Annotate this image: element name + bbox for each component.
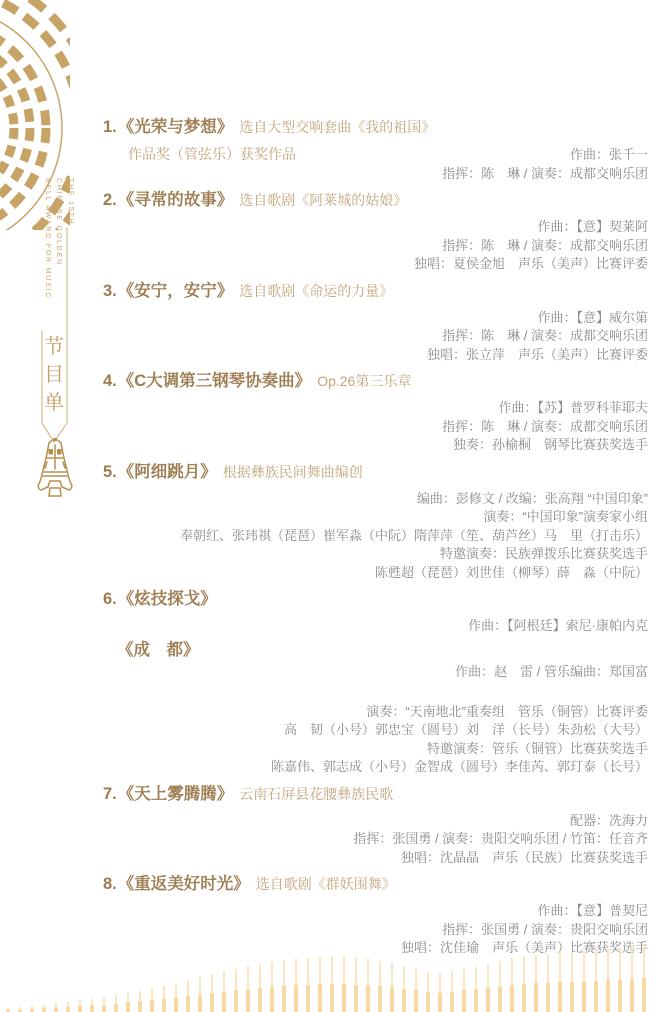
item-title: 《阿细跳月》 [118,463,217,481]
wave-bar [270,987,275,1012]
wave-bar [534,983,539,1012]
wave-line [271,962,273,1012]
credit-line: 陈甦超（琵琶）刘世佳（柳琴）薛 淼（中阮） [103,564,648,583]
credit-line: 配器：冼海力 [103,812,648,831]
item-title-row: 8.《重返美好时光》选自歌剧《群妖围舞》 [103,874,648,895]
wave-line [235,969,237,1012]
wave-bar [378,986,383,1012]
note-credit-row: 作品奖（管弦乐）获奖作品作曲：张千一 [103,145,648,165]
wave-bar [162,999,167,1012]
credit-line: 指挥：张国勇 / 演奏：贵阳交响乐团 / 竹笛：任音齐 [103,830,648,849]
program-item: 8.《重返美好时光》选自歌剧《群妖围舞》作曲：【意】普契尼指挥：张国勇 / 演奏… [103,874,648,958]
wave-bar [150,1000,155,1012]
credit-line: 作曲：【阿根廷】索尼·康帕内克 [103,617,648,636]
credit-line: 演奏：“天南地北”重奏组 管乐（铜管）比赛评委 [103,703,648,722]
wave-line [295,959,297,1012]
program-title-char: 单 [43,390,65,414]
item-number: 2. [103,191,117,209]
wave-bar [402,989,407,1012]
wave-line [175,983,177,1012]
program-item: 1.《光荣与梦想》选自大型交响套曲《我的祖国》作品奖（管弦乐）获奖作品作曲：张千… [103,117,648,183]
item-number: 5. [103,463,117,481]
item-title-row: 4.《C大调第三钢琴协奏曲》Op.26第三乐章 [103,371,648,392]
credit-line: 作曲：【意】普契尼 [103,902,648,921]
wave-line [211,974,213,1012]
wave-line [283,960,285,1012]
wave-line [115,995,117,1012]
wave-bar [126,1002,131,1012]
item-title-row: 5.《阿细跳月》根据彝族民间舞曲编创 [103,462,648,483]
wave-bar [198,995,203,1012]
wave-line [355,957,357,1012]
item-title: 《天上雾腾腾》 [118,785,234,803]
item-subtitle: 选自大型交响套曲《我的祖国》 [239,119,435,135]
wave-bar [174,998,179,1012]
item-title: 《C大调第三钢琴协奏曲》 [118,372,311,390]
program-item: 3.《安宁，安宁》选自歌剧《命运的力量》作曲：【意】威尔第指挥：陈 琳 / 演奏… [103,281,648,365]
wave-line [187,980,189,1012]
item-title: 《炫技探戈》 [118,590,217,608]
wave-bar [282,986,287,1012]
wave-bar [606,980,611,1012]
wave-bar [462,990,467,1012]
program-title-vertical: 节 目 单 [43,334,65,418]
credit-line: 作曲：张千一 [570,146,648,165]
item-subtitle: 根据彝族民间舞曲编创 [223,464,363,480]
wave-bar [618,980,623,1012]
wave-bar [426,992,431,1012]
wave-bar [582,981,587,1012]
wave-line [43,1005,45,1012]
wave-bar [210,993,215,1012]
wave-bar [258,988,263,1012]
credit-line: 编曲：彭修文 / 改编：张高翔 “中国印象” [103,490,648,509]
wave-line [415,969,417,1012]
wave-bar [318,984,323,1012]
wave-line [307,958,309,1012]
credit-line: 作曲：【苏】普罗科菲耶夫 [103,399,648,418]
wave-bar [522,984,527,1012]
program-page: THE 15TH CHINESE GOLDEN BELL AWARD FOR M… [0,0,660,1012]
wave-line [19,1007,21,1012]
wave-line [163,986,165,1012]
wave-line [511,958,513,1012]
wave-line [403,966,405,1012]
wave-bar [54,1008,59,1012]
wave-bar [138,1001,143,1012]
credit-line: 指挥：陈 琳 / 演奏：成都交响乐团 [103,327,648,346]
wave-bar [546,983,551,1012]
item-number: 8. [103,875,117,893]
wave-line [79,1000,81,1012]
wave-bar [510,985,515,1012]
wave-line [127,993,129,1012]
credit-line: 独唱：夏侯金旭 声乐（美声）比赛评委 [103,255,648,274]
wave-bar [474,989,479,1012]
wave-line [475,967,477,1012]
wave-line [319,957,321,1012]
wave-bar [366,985,371,1012]
credit-line: 作曲：赵 雷 / 管乐编曲：郑国富 [103,663,648,682]
wave-bar [414,990,419,1012]
wave-line [31,1006,33,1012]
item-title: 《安宁，安宁》 [118,282,234,300]
item-title: 《重返美好时光》 [118,875,250,893]
wave-line [91,999,93,1012]
credit-line: 独奏：孙榆桐 钢琴比赛获奖选手 [103,436,648,455]
wave-line [391,963,393,1012]
wave-line [55,1003,57,1012]
item-title-row: 1.《光荣与梦想》选自大型交响套曲《我的祖国》 [103,117,648,138]
wave-bar [570,982,575,1012]
credit-line: 特邀演奏：管乐（铜管）比赛获奖选手 [103,740,648,759]
wave-bar [78,1006,83,1012]
credit-line: 指挥：陈 琳 / 演奏：成都交响乐团 [103,237,648,256]
item-title: 《寻常的故事》 [118,191,234,209]
wave-bar [234,990,239,1012]
wave-bar [558,982,563,1012]
item-title-row: 3.《安宁，安宁》选自歌剧《命运的力量》 [103,281,648,302]
wave-bar [342,984,347,1012]
credit-line: 高 韧（小号）郭忠宝（圆号）刘 洋（长号）朱劲松（大号） [103,721,648,740]
wave-bar [498,987,503,1012]
wave-line [7,1008,9,1012]
item-subtitle: 云南石屏县花腰彝族民歌 [239,786,393,802]
credit-line: 奉朝红、张玮祺（琵琶）崔军淼（中阮）隋萍萍（笙、葫芦丝）马 里（打击乐） [103,527,648,546]
wave-bar [390,987,395,1012]
wave-line [427,972,429,1012]
wave-bar [66,1007,71,1012]
wave-line [379,961,381,1012]
item-title: 《光荣与梦想》 [118,118,234,136]
wave-bar [42,1008,47,1012]
wave-line [199,977,201,1012]
credit-line: 指挥：陈 琳 / 演奏：成都交响乐团 [103,165,648,184]
wave-line [223,971,225,1012]
wave-bar [630,979,635,1012]
credit-line: 独唱：沈佳瑜 声乐（美声）比赛获奖选手 [103,939,648,958]
golden-bell-logo-icon [36,436,74,498]
wave-bar [102,1005,107,1012]
wave-line [259,964,261,1012]
wave-bar [354,985,359,1012]
wave-bar [294,985,299,1012]
credit-line: 特邀演奏：民族弹拨乐比赛获奖选手 [103,545,648,564]
wave-bar [90,1005,95,1012]
program-item: 4.《C大调第三钢琴协奏曲》Op.26第三乐章作曲：【苏】普罗科菲耶夫指挥：陈 … [103,371,648,455]
wave-bar [246,989,251,1012]
wave-line [463,969,465,1012]
wave-line [247,966,249,1012]
program-item: 6.《炫技探戈》作曲：【阿根廷】索尼·康帕内克《成 都》作曲：赵 雷 / 管乐编… [103,589,648,777]
item-subtitle: 选自歌剧《群妖围舞》 [256,876,396,892]
program-item: 2.《寻常的故事》选自歌剧《阿莱城的姑娘》作曲：【意】契莱阿指挥：陈 琳 / 演… [103,190,648,274]
wave-line [499,961,501,1012]
item-number: 4. [103,372,117,390]
spacer [103,682,648,703]
item-number: 3. [103,282,117,300]
wave-bar [306,985,311,1012]
program-item: 7.《天上雾腾腾》云南石屏县花腰彝族民歌配器：冼海力指挥：张国勇 / 演奏：贵阳… [103,784,648,868]
credit-line: 指挥：陈 琳 / 演奏：成都交响乐团 [103,418,648,437]
item-secondary-title: 《成 都》 [103,640,648,660]
wave-line [151,988,153,1012]
credit-line: 演奏：“中国印象”演奏家小组 [103,508,648,527]
award-note: 作品奖（管弦乐）获奖作品 [103,145,296,164]
item-number: 6. [103,590,117,608]
item-subtitle: Op.26第三乐章 [317,373,411,389]
wave-line [487,964,489,1012]
wave-bar [486,988,491,1012]
program-title-char: 目 [43,362,65,386]
wave-bar [114,1004,119,1012]
credit-line: 陈嘉伟、郭志成（小号）金智成（圆号）李佳芮、郭玎泰（长号） [103,758,648,777]
wave-bar [222,992,227,1012]
program-item: 5.《阿细跳月》根据彝族民间舞曲编创编曲：彭修文 / 改编：张高翔 “中国印象”… [103,462,648,583]
item-subtitle: 选自歌剧《阿莱城的姑娘》 [239,192,407,208]
credit-line: 作曲：【意】契莱阿 [103,218,648,237]
item-title-row: 6.《炫技探戈》 [103,589,648,610]
item-title-row: 2.《寻常的故事》选自歌剧《阿莱城的姑娘》 [103,190,648,211]
wave-line [367,959,369,1012]
program-title-char: 节 [43,334,65,358]
wave-line [451,971,453,1012]
credit-line: 作曲：【意】威尔第 [103,309,648,328]
item-subtitle: 选自歌剧《命运的力量》 [239,283,393,299]
credit-line: 指挥：张国勇 / 演奏：贵阳交响乐团 [103,921,648,940]
item-number: 1. [103,118,117,136]
credit-line: 独唱：张立萍 声乐（美声）比赛评委 [103,346,648,365]
wave-line [139,991,141,1012]
wave-bar [642,978,647,1012]
program-list: 1.《光荣与梦想》选自大型交响套曲《我的祖国》作品奖（管弦乐）获奖作品作曲：张千… [103,117,648,965]
wave-bar [594,981,599,1012]
credit-line: 独唱：沈晶晶 声乐（民族）比赛获奖选手 [103,849,648,868]
wave-line [103,997,105,1012]
item-number: 7. [103,785,117,803]
wave-line [67,1002,69,1012]
wave-bar [186,996,191,1012]
wave-bar [450,992,455,1012]
wave-line [439,973,441,1012]
wave-bar [330,984,335,1012]
item-title-row: 7.《天上雾腾腾》云南石屏县花腰彝族民歌 [103,784,648,805]
wave-bar [438,993,443,1012]
